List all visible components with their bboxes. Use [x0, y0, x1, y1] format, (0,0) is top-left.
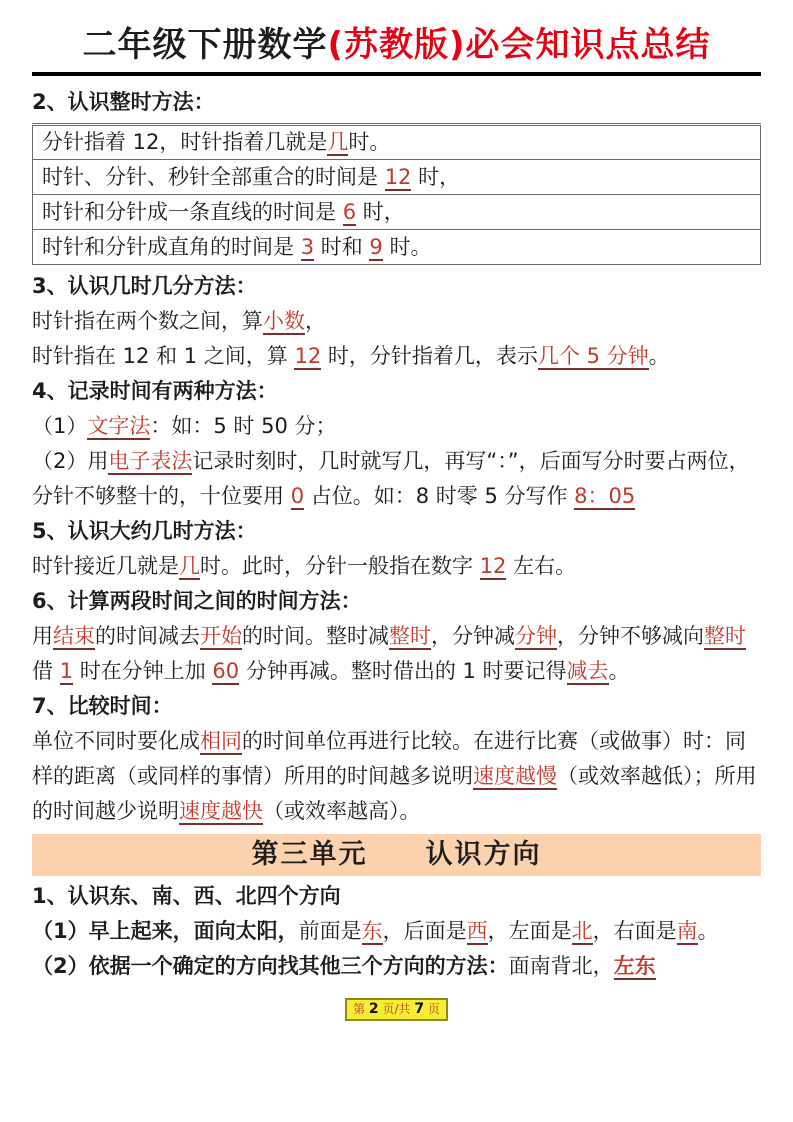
section-heading: 7、比较时间： — [32, 689, 761, 724]
text-segment: 时。 — [348, 130, 390, 154]
text-segment: 借 — [32, 659, 60, 683]
text-segment: 面南背北， — [509, 954, 614, 978]
title-double-rule — [32, 72, 761, 76]
text-segment: 12 — [385, 165, 412, 191]
section-heading: 5、认识大约几时方法： — [32, 514, 761, 549]
text-segment: 时针指在两个数之间，算 — [32, 309, 263, 333]
table-row: 时针、分针、秒针全部重合的时间是 12 时， — [33, 159, 761, 194]
text-segment: 分钟再减。整时借出的 1 时要记得 — [239, 659, 566, 683]
text-segment: 时针和分针成直角的时间是 — [42, 235, 301, 259]
text-segment: 时。此时，分针一般指在数字 — [200, 554, 480, 578]
document-page: 二年级下册数学(苏教版)必会知识点总结 2、认识整时方法：分针指着 12，时针指… — [0, 0, 793, 1122]
text-segment: 占位。如：8 时零 5 分写作 — [304, 484, 574, 508]
text-segment: 2 — [369, 1001, 379, 1017]
text-segment: 时在分钟上加 — [73, 659, 212, 683]
text-segment: 南 — [677, 919, 698, 945]
paragraph: （1）文字法：如：5 时 50 分； — [32, 409, 761, 444]
table-cell: 时针、分针、秒针全部重合的时间是 12 时， — [33, 159, 761, 194]
text-segment: 6 — [343, 200, 356, 226]
text-segment: 速度越慢 — [473, 764, 557, 790]
text-segment: 左东 — [614, 954, 656, 980]
text-segment: ，右面是 — [593, 919, 677, 943]
text-segment: 相同 — [200, 729, 242, 755]
text-segment: ：如：5 时 50 分； — [150, 414, 336, 438]
text-segment: 时针指在 12 和 1 之间，算 — [32, 344, 294, 368]
text-segment: 60 — [212, 659, 239, 685]
text-segment: 12 — [480, 554, 507, 580]
text-segment: 。 — [698, 919, 719, 943]
text-segment: 西 — [467, 919, 488, 945]
paragraph: 时针接近几就是几时。此时，分针一般指在数字 12 左右。 — [32, 549, 761, 584]
text-segment: （或效率越高）。 — [263, 799, 421, 823]
text-segment: 时， — [411, 165, 460, 189]
text-segment: 1 — [60, 659, 73, 685]
text-segment: 结束 — [53, 624, 95, 650]
text-segment: 几个 5 分钟 — [538, 344, 649, 370]
text-segment: 第三单元 认识方向 — [252, 839, 542, 870]
table-row: 时针和分针成直角的时间是 3 时和 9 时。 — [33, 229, 761, 264]
text-segment: 开始 — [200, 624, 242, 650]
table-cell: 时针和分针成直角的时间是 3 时和 9 时。 — [33, 229, 761, 264]
text-segment: 速度越快 — [179, 799, 263, 825]
text-segment: 时和 — [314, 235, 369, 259]
unit-banner: 第三单元 认识方向 — [32, 834, 761, 876]
text-segment: 时针、分针、秒针全部重合的时间是 — [42, 165, 385, 189]
section-heading: 2、认识整时方法： — [32, 85, 761, 120]
paragraph: 时针指在两个数之间，算小数， — [32, 304, 761, 339]
text-segment: 。 — [649, 344, 670, 368]
text-segment: 用 — [32, 624, 53, 648]
paragraph: （2）用电子表法记录时刻时，几时就写几，再写“：”，后面写分时要占两位，分针不够… — [32, 444, 761, 514]
paragraph: （2）依据一个确定的方向找其他三个方向的方法：面南背北，左东 — [32, 949, 761, 984]
text-segment: 12 — [294, 344, 321, 370]
table-row: 分针指着 12，时针指着几就是几时。 — [33, 124, 761, 159]
text-segment: 3、认识几时几分方法： — [32, 274, 257, 298]
text-segment: 整时 — [704, 624, 746, 650]
section-heading: 4、记录时间有两种方法： — [32, 374, 761, 409]
knowledge-table: 分针指着 12，时针指着几就是几时。时针、分针、秒针全部重合的时间是 12 时，… — [32, 123, 761, 265]
text-segment: ， — [305, 309, 326, 333]
table-row: 时针和分针成一条直线的时间是 6 时， — [33, 194, 761, 229]
text-segment: 几 — [179, 554, 200, 580]
text-segment: （1） — [32, 414, 87, 438]
text-segment: 时。 — [383, 235, 432, 259]
section-heading: 3、认识几时几分方法： — [32, 269, 761, 304]
document-body: 2、认识整时方法：分针指着 12，时针指着几就是几时。时针、分针、秒针全部重合的… — [32, 85, 761, 984]
text-segment: 分针指着 12，时针指着几就是 — [42, 130, 327, 154]
text-segment: 4、记录时间有两种方法： — [32, 379, 278, 403]
text-segment: 的时间减去 — [95, 624, 200, 648]
text-segment: 减去 — [567, 659, 609, 685]
text-segment: 前面是 — [299, 919, 362, 943]
text-segment: ，后面是 — [383, 919, 467, 943]
text-segment: （2）依据一个确定的方向找其他三个方向的方法： — [32, 954, 509, 978]
text-segment: ，左面是 — [488, 919, 572, 943]
text-segment: （2）用 — [32, 449, 108, 473]
text-segment: 7 — [414, 1001, 424, 1017]
page-number-badge: 第 2 页/共 7 页 — [345, 998, 448, 1021]
text-segment: 北 — [572, 919, 593, 945]
paragraph: 单位不同时要化成相同的时间单位再进行比较。在进行比赛（或做事）时：同样的距离（或… — [32, 724, 761, 829]
text-segment: 页 — [424, 1002, 440, 1016]
text-segment: 6、计算两段时间之间的时间方法： — [32, 589, 362, 613]
footer: 第 2 页/共 7 页 — [32, 998, 761, 1021]
text-segment: 时针接近几就是 — [32, 554, 179, 578]
table-cell: 时针和分针成一条直线的时间是 6 时， — [33, 194, 761, 229]
text-segment: 7、比较时间： — [32, 694, 173, 718]
text-segment: 文字法 — [87, 414, 150, 440]
paragraph: 时针指在 12 和 1 之间，算 12 时，分针指着几，表示几个 5 分钟。 — [32, 339, 761, 374]
paragraph: 用结束的时间减去开始的时间。整时减整时，分钟减分钟，分钟不够减向整时借 1 时在… — [32, 619, 761, 689]
text-segment: 2、认识整时方法： — [32, 90, 215, 114]
text-segment: 整时 — [389, 624, 431, 650]
title-black-part: 二年级下册数学 — [82, 25, 327, 65]
text-segment: 0 — [291, 484, 304, 510]
text-segment: 左右。 — [506, 554, 576, 578]
text-segment: 第 — [353, 1002, 369, 1016]
text-segment: ，分钟减 — [431, 624, 515, 648]
title-red-part: (苏教版)必会知识点总结 — [327, 25, 710, 65]
text-segment: 8：05 — [574, 484, 635, 510]
text-segment: 5、认识大约几时方法： — [32, 519, 257, 543]
text-segment: 时，分针指着几，表示 — [321, 344, 538, 368]
table-cell: 分针指着 12，时针指着几就是几时。 — [33, 124, 761, 159]
text-segment: 。 — [609, 659, 630, 683]
section-heading: 1、认识东、南、西、北四个方向 — [32, 879, 761, 914]
section-heading: 6、计算两段时间之间的时间方法： — [32, 584, 761, 619]
text-segment: 小数 — [263, 309, 305, 335]
text-segment: （1）早上起来，面向太阳， — [32, 919, 299, 943]
paragraph: （1）早上起来，面向太阳，前面是东，后面是西，左面是北，右面是南。 — [32, 914, 761, 949]
text-segment: 9 — [369, 235, 382, 261]
text-segment: ，分钟不够减向 — [557, 624, 704, 648]
text-segment: 东 — [362, 919, 383, 945]
text-segment: 几 — [327, 130, 348, 156]
page-title: 二年级下册数学(苏教版)必会知识点总结 — [32, 24, 761, 67]
text-segment: 分钟 — [515, 624, 557, 650]
text-segment: 3 — [301, 235, 314, 261]
text-segment: 单位不同时要化成 — [32, 729, 200, 753]
text-segment: 电子表法 — [108, 449, 192, 475]
text-segment: 时针和分针成一条直线的时间是 — [42, 200, 343, 224]
text-segment: 页/共 — [379, 1002, 415, 1016]
text-segment: 1、认识东、南、西、北四个方向 — [32, 884, 341, 908]
text-segment: 时， — [356, 200, 405, 224]
text-segment: 的时间。整时减 — [242, 624, 389, 648]
